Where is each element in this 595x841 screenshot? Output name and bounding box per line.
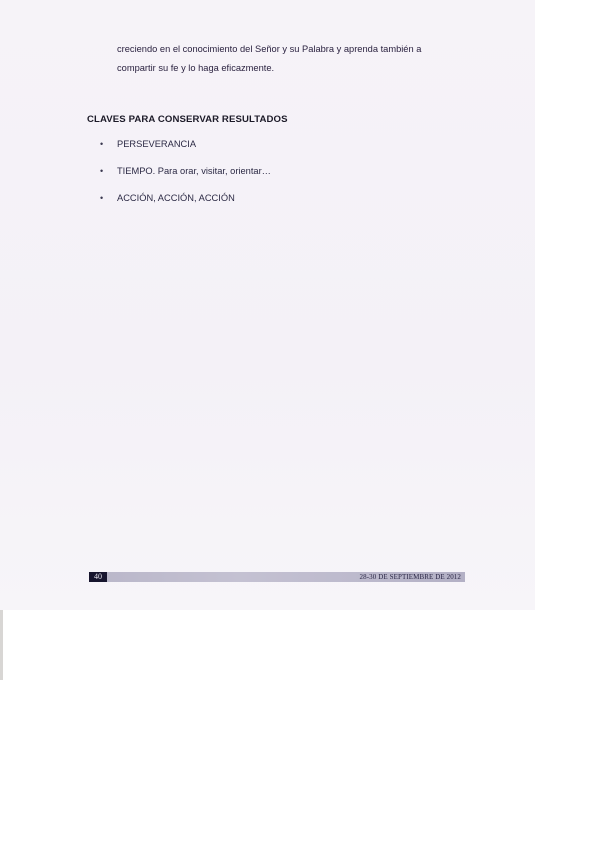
list-item: • TIEMPO. Para orar, visitar, orientar… (100, 166, 271, 193)
bullet-icon: • (100, 139, 103, 149)
bullet-icon: • (100, 193, 103, 203)
footer-date: 28-30 DE SEPTIEMBRE DE 2012 (360, 572, 461, 582)
section-heading: CLAVES PARA CONSERVAR RESULTADOS (87, 114, 288, 125)
body-paragraph: creciendo en el conocimiento del Señor y… (117, 40, 471, 78)
list-item: • ACCIÓN, ACCIÓN, ACCIÓN (100, 193, 271, 220)
keys-list: • PERSEVERANCIA • TIEMPO. Para orar, vis… (100, 139, 271, 220)
list-item-text: TIEMPO. Para orar, visitar, orientar… (117, 166, 271, 176)
list-item-text: PERSEVERANCIA (117, 139, 196, 149)
bullet-icon: • (100, 166, 103, 176)
paragraph-line: creciendo en el conocimiento del Señor y… (117, 40, 471, 59)
paragraph-line: compartir su fe y lo haga eficazmente. (117, 59, 471, 78)
footer-bar: 40 28-30 DE SEPTIEMBRE DE 2012 (89, 572, 465, 582)
list-item: • PERSEVERANCIA (100, 139, 271, 166)
page-number: 40 (89, 572, 107, 582)
scan-edge (0, 610, 3, 680)
list-item-text: ACCIÓN, ACCIÓN, ACCIÓN (117, 193, 235, 203)
scan-background (0, 0, 535, 610)
